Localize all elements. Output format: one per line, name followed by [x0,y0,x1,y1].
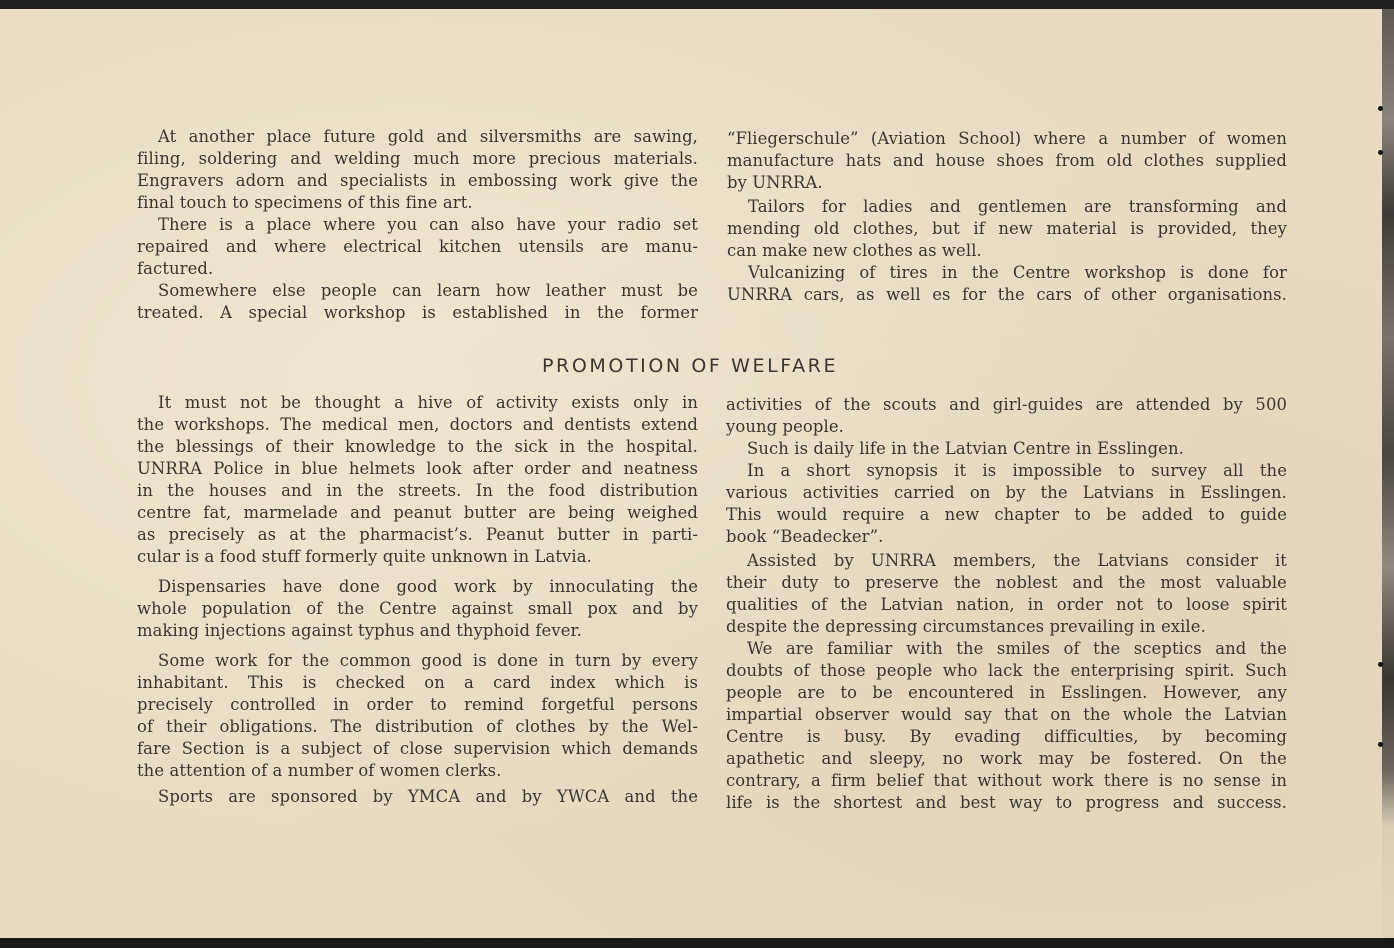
text-line: We are familiar with the smiles of the s… [726,638,1287,660]
text-line: There is a place where you can also have… [137,214,698,236]
text-line: treated. A special workshop is establish… [137,302,698,324]
top-left-column: At another place future gold and silvers… [137,126,698,324]
text-line: despite the depressing circumstances pre… [726,616,1287,638]
text-line: making injections against typhus and thy… [137,620,698,642]
text-line: impartial observer would say that on the… [726,704,1287,726]
scan-bottom-border [0,938,1394,948]
text-line: their duty to preserve the noblest and t… [726,572,1287,594]
text-line: the attention of a number of women clerk… [137,760,698,782]
text-line: Somewhere else people can learn how leat… [137,280,698,302]
text-line: doubts of those people who lack the ente… [726,660,1287,682]
text-line: whole population of the Centre against s… [137,598,698,620]
text-line: Assisted by UNRRA members, the Latvians … [726,550,1287,572]
text-line: This would require a new chapter to be a… [726,504,1287,526]
text-line: Such is daily life in the Latvian Centre… [726,438,1287,460]
text-line: UNRRA Police in blue helmets look after … [137,458,698,480]
bottom-left-column: It must not be thought a hive of activit… [137,392,698,808]
text-line: contrary, a firm belief that without wor… [726,770,1287,792]
text-line: apathetic and sleepy, no work may be fos… [726,748,1287,770]
paragraph: In a short synopsis it is impossible to … [726,460,1287,548]
text-line: UNRRA cars, as well es for the cars of o… [727,284,1287,306]
text-line: repaired and where electrical kitchen ut… [137,236,698,258]
text-line: as precisely as at the pharmacist’s. Pea… [137,524,698,546]
paragraph: We are familiar with the smiles of the s… [726,638,1287,814]
paragraph: activities of the scouts and girl-guides… [726,394,1287,438]
text-line: centre fat, marmelade and peanut butter … [137,502,698,524]
text-line: qualities of the Latvian nation, in orde… [726,594,1287,616]
text-line: inhabitant. This is checked on a card in… [137,672,698,694]
paragraph: “Fliegerschule” (Aviation School) where … [727,128,1287,194]
text-line: the blessings of their knowledge to the … [137,436,698,458]
text-line: the workshops. The medical men, doctors … [137,414,698,436]
text-line: book “Beadecker”. [726,526,1287,548]
text-line: people are to be encountered in Esslinge… [726,682,1287,704]
text-line: can make new clothes as well. [727,240,1287,262]
text-line: “Fliegerschule” (Aviation School) where … [727,128,1287,150]
text-line: by UNRRA. [727,172,1287,194]
binding-hole [1378,662,1383,667]
text-line: mending old clothes, but if new material… [727,218,1287,240]
paragraph: Tailors for ladies and gentlemen are tra… [727,196,1287,262]
text-line: precisely controlled in order to remind … [137,694,698,716]
text-line: In a short synopsis it is impossible to … [726,460,1287,482]
text-line: various activities carried on by the Lat… [726,482,1287,504]
scan-top-border [0,0,1394,9]
text-line: Dispensaries have done good work by inno… [137,576,698,598]
text-line: in the houses and in the streets. In the… [137,480,698,502]
text-line: cular is a food stuff formerly quite unk… [137,546,698,568]
text-line: fare Section is a subject of close super… [137,738,698,760]
paragraph: Dispensaries have done good work by inno… [137,576,698,642]
text-line: Some work for the common good is done in… [137,650,698,672]
binding-hole [1378,106,1383,111]
paragraph: At another place future gold and silvers… [137,126,698,214]
text-line: manufacture hats and house shoes from ol… [727,150,1287,172]
paragraph: It must not be thought a hive of activit… [137,392,698,568]
paragraph: Assisted by UNRRA members, the Latvians … [726,550,1287,638]
binding-hole [1378,742,1383,747]
top-right-column: “Fliegerschule” (Aviation School) where … [727,128,1287,306]
binding-hole [1378,150,1383,155]
paragraph: Somewhere else people can learn how leat… [137,280,698,324]
text-line: Sports are sponsored by YMCA and by YWCA… [137,786,698,808]
text-line: activities of the scouts and girl-guides… [726,394,1287,416]
paragraph: Some work for the common good is done in… [137,650,698,782]
section-heading: PROMOTION OF WELFARE [542,355,882,377]
text-line: final touch to specimens of this fine ar… [137,192,698,214]
paragraph: Sports are sponsored by YMCA and by YWCA… [137,786,698,808]
text-line: At another place future gold and silvers… [137,126,698,148]
paragraph: Vulcanizing of tires in the Centre works… [727,262,1287,306]
text-line: factured. [137,258,698,280]
text-line: young people. [726,416,1287,438]
text-line: It must not be thought a hive of activit… [137,392,698,414]
text-line: of their obligations. The distribution o… [137,716,698,738]
text-line: Centre is busy. By evading difficulties,… [726,726,1287,748]
adjacent-page-photo-edge [1382,9,1394,938]
text-line: Vulcanizing of tires in the Centre works… [727,262,1287,284]
paragraph: There is a place where you can also have… [137,214,698,280]
text-line: life is the shortest and best way to pro… [726,792,1287,814]
text-line: Engravers adorn and specialists in embos… [137,170,698,192]
text-line: Tailors for ladies and gentlemen are tra… [727,196,1287,218]
bottom-right-column: activities of the scouts and girl-guides… [726,394,1287,814]
paragraph: Such is daily life in the Latvian Centre… [726,438,1287,460]
text-line: filing, soldering and welding much more … [137,148,698,170]
